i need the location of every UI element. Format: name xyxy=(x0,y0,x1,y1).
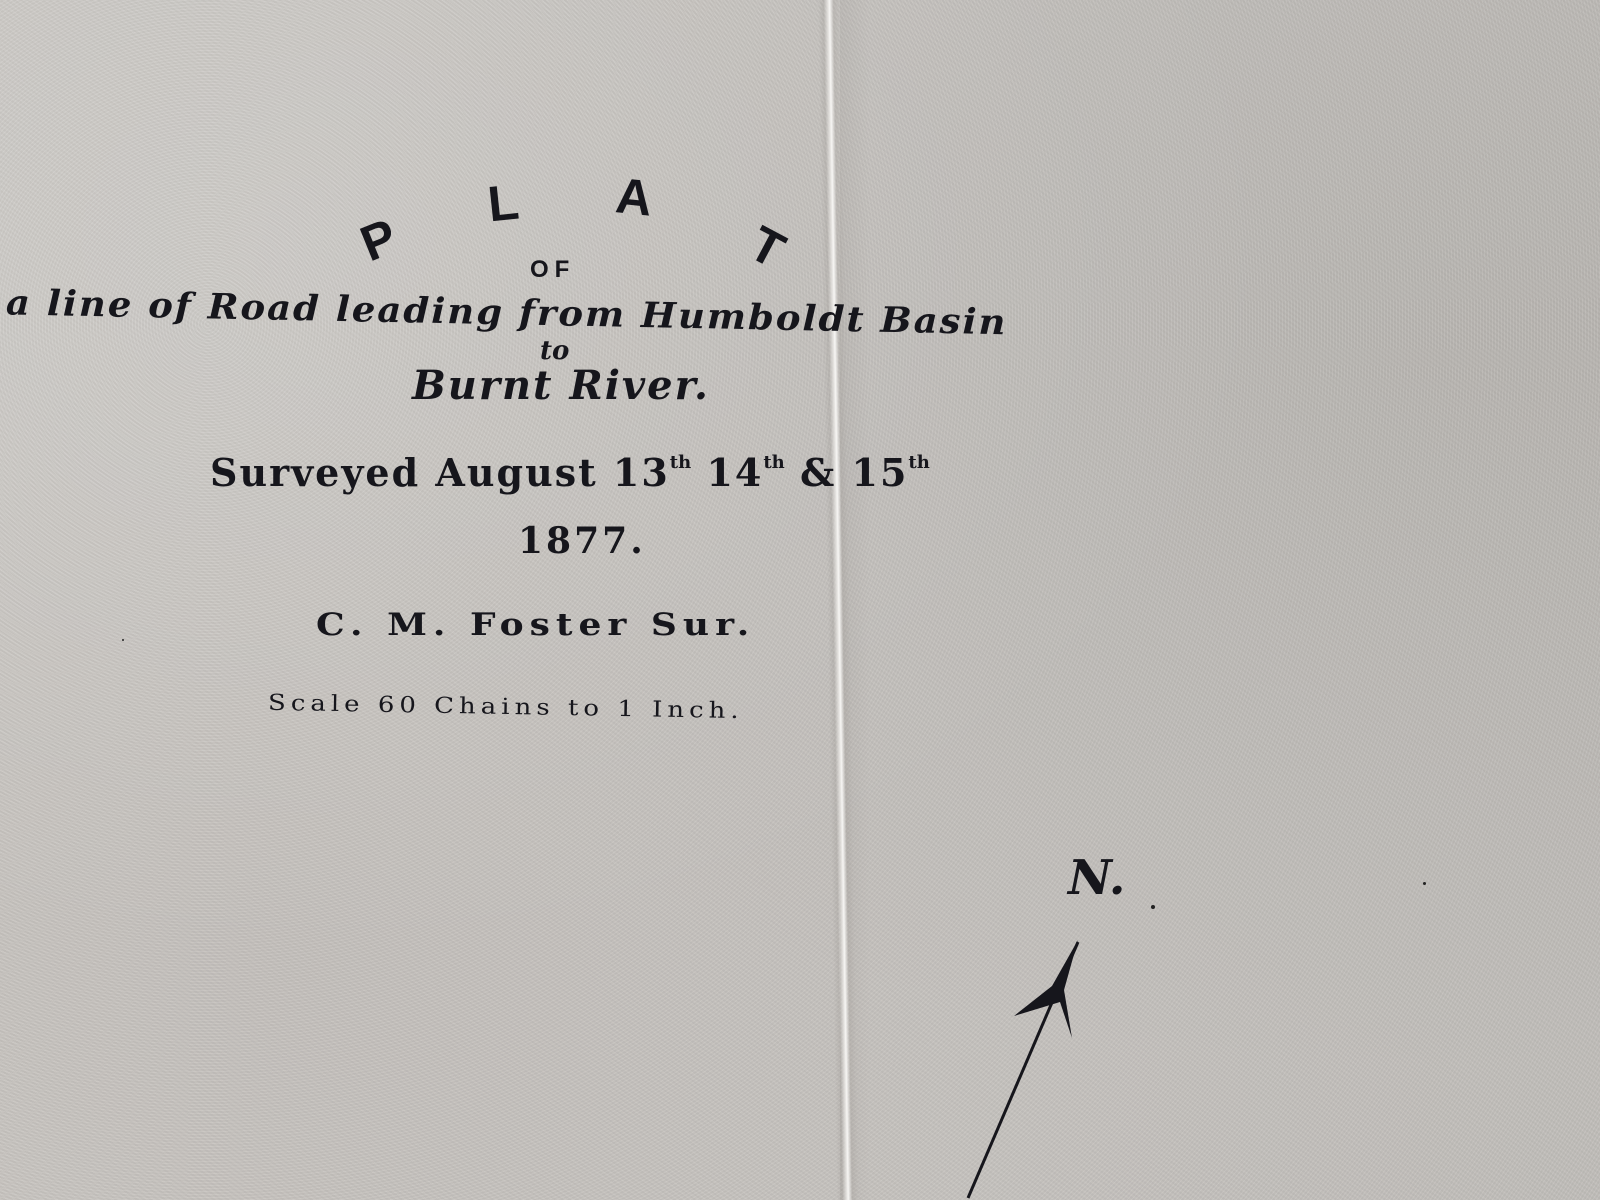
title-of: OF xyxy=(530,256,575,284)
ink-speck xyxy=(1423,882,1426,885)
survey-day-1-suffix: th xyxy=(670,452,691,473)
survey-day-3-suffix: th xyxy=(908,452,929,473)
ink-speck xyxy=(122,639,124,641)
survey-dates-line: Surveyed August 13th 14th & 15th xyxy=(210,450,930,495)
ink-speck xyxy=(1151,905,1155,909)
surveyor-signature: C. M. Foster Sur. xyxy=(316,607,755,643)
survey-day-2: 14 xyxy=(706,450,763,495)
survey-prefix: Surveyed August xyxy=(210,450,598,495)
survey-day-2-suffix: th xyxy=(763,452,784,473)
survey-conjunction: & xyxy=(800,450,836,495)
survey-day-1: 13 xyxy=(613,450,670,495)
north-arrow-icon xyxy=(940,930,1100,1200)
survey-day-3: 15 xyxy=(852,450,909,495)
paper-background xyxy=(0,0,1600,1200)
plat-letter-l: L xyxy=(485,177,521,230)
survey-year: 1877. xyxy=(518,520,646,562)
north-label: N. xyxy=(1068,850,1126,906)
plat-letter-a: A xyxy=(613,170,654,224)
subtitle-burnt-river: Burnt River. xyxy=(412,362,710,409)
